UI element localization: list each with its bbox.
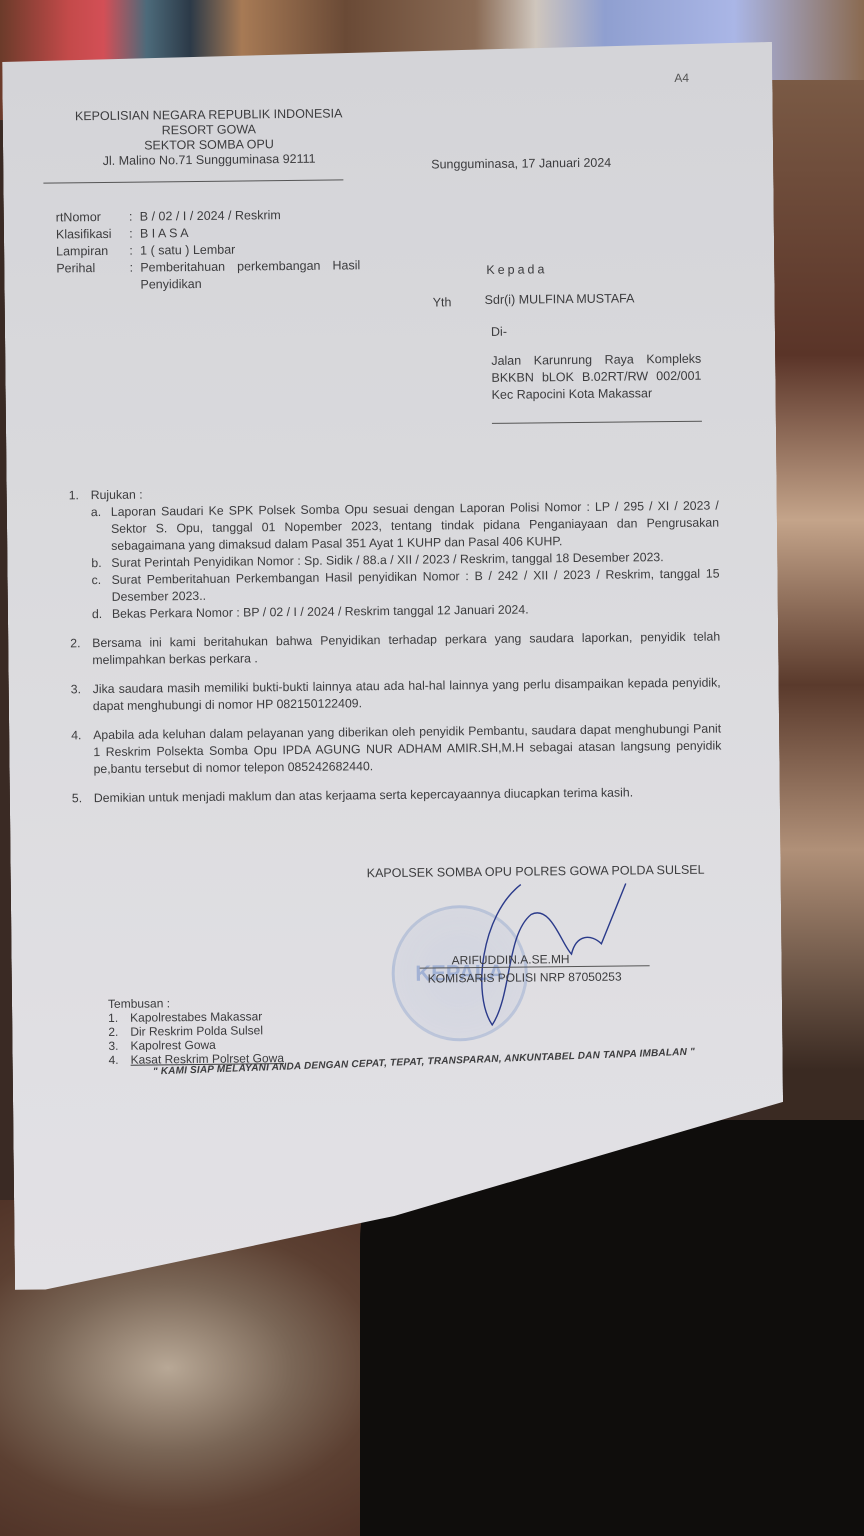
tembusan-item: 2. Dir Reskrim Polda Sulsel bbox=[108, 1023, 284, 1039]
tembusan-number: 4. bbox=[109, 1053, 131, 1067]
letterhead-divider bbox=[43, 179, 343, 183]
background-scene-right bbox=[770, 80, 864, 1180]
paper-size-mark: A4 bbox=[674, 71, 689, 85]
sub-item-text: Bekas Perkara Nomor : BP / 02 / I / 2024… bbox=[112, 602, 529, 623]
sub-item-c: c. Surat Pemberitahuan Perkembangan Hasi… bbox=[91, 566, 719, 607]
body-item-4: 4. Apabila ada keluhan dalam pelayanan y… bbox=[71, 721, 721, 779]
sub-item-text: Surat Pemberitahuan Perkembangan Hasil p… bbox=[111, 566, 719, 606]
sub-item-letter: b. bbox=[91, 555, 111, 572]
sub-item-letter: d. bbox=[92, 606, 112, 623]
tembusan: Tembusan : 1. Kapolrestabes Makassar 2. … bbox=[108, 995, 284, 1067]
body-item-1: 1. Rujukan : a. Laporan Saudari Ke SPK P… bbox=[69, 481, 720, 624]
sub-item-text: Laporan Saudari Ke SPK Polsek Somba Opu … bbox=[111, 498, 720, 555]
meta-value: 1 ( satu ) Lembar bbox=[140, 240, 420, 260]
tembusan-number: 1. bbox=[108, 1011, 130, 1025]
letterhead-line: KEPOLISIAN NEGARA REPUBLIK INDONESIA bbox=[59, 106, 359, 124]
body-item-2: 2. Bersama ini kami beritahukan bahwa Pe… bbox=[70, 629, 720, 670]
meta-colon: : bbox=[122, 209, 140, 226]
meta-label: Lampiran bbox=[56, 243, 122, 261]
meta-colon: : bbox=[122, 243, 140, 260]
meta-label: rtNomor bbox=[56, 209, 122, 227]
item-number: 1. bbox=[69, 487, 92, 623]
item-text: Jika saudara masih memiliki bukti-bukti … bbox=[93, 675, 721, 716]
recipient-di: Di- bbox=[491, 325, 507, 339]
letter-body: 1. Rujukan : a. Laporan Saudari Ke SPK P… bbox=[69, 481, 722, 820]
signatory-rank: KOMISARIS POLISI NRP 87050253 bbox=[428, 970, 622, 986]
tembusan-text: Kapolrestabes Makassar bbox=[130, 1009, 262, 1024]
recipient-yth: Yth bbox=[433, 295, 452, 309]
meta-colon: : bbox=[122, 260, 140, 294]
tembusan-text: Kapolrest Gowa bbox=[130, 1038, 216, 1053]
tembusan-text: Dir Reskrim Polda Sulsel bbox=[130, 1023, 263, 1038]
item-text: Bersama ini kami beritahukan bahwa Penyi… bbox=[92, 629, 720, 670]
item-text: Apabila ada keluhan dalam pelayanan yang… bbox=[93, 721, 721, 779]
sub-item-a: a. Laporan Saudari Ke SPK Polsek Somba O… bbox=[91, 498, 719, 556]
sub-item-letter: c. bbox=[91, 572, 111, 606]
signatory-title: KAPOLSEK SOMBA OPU POLRES GOWA POLDA SUL… bbox=[351, 863, 721, 881]
meta-row-perihal: Perihal : Pemberitahuan perkembangan Has… bbox=[56, 257, 420, 295]
letterhead-address: Jl. Malino No.71 Sungguminasa 92111 bbox=[59, 151, 359, 169]
item-number: 3. bbox=[71, 681, 93, 715]
signatory-name: ARIFUDDIN.A.SE.MH bbox=[451, 952, 569, 967]
meta-colon: : bbox=[122, 226, 140, 243]
item-text: Demikian untuk menjadi maklum dan atas k… bbox=[94, 784, 722, 808]
tembusan-number: 3. bbox=[108, 1039, 130, 1053]
recipient-name: Sdr(i) MULFINA MUSTAFA bbox=[485, 291, 635, 307]
meta-value: Pemberitahuan perkembangan Hasil Penyidi… bbox=[140, 257, 360, 293]
place-date: Sungguminasa, 17 Januari 2024 bbox=[431, 156, 611, 172]
letter-paper: A4 KEPOLISIAN NEGARA REPUBLIK INDONESIA … bbox=[2, 42, 785, 1300]
recipient-kepada: Kepada bbox=[486, 262, 547, 277]
meta-label: Klasifikasi bbox=[56, 226, 122, 244]
letter-meta: rtNomor : B / 02 / I / 2024 / Reskrim Kl… bbox=[56, 206, 421, 295]
meta-label: Perihal bbox=[56, 260, 122, 295]
recipient-address: Jalan Karunrung Raya Kompleks BKKBN bLOK… bbox=[491, 351, 702, 404]
item-number: 2. bbox=[70, 635, 92, 669]
letterhead: KEPOLISIAN NEGARA REPUBLIK INDONESIA RES… bbox=[59, 106, 360, 169]
sub-item-letter: a. bbox=[91, 504, 112, 555]
tembusan-number: 2. bbox=[108, 1025, 130, 1039]
body-item-5: 5. Demikian untuk menjadi maklum dan ata… bbox=[72, 784, 722, 808]
body-item-3: 3. Jika saudara masih memiliki bukti-buk… bbox=[71, 675, 721, 716]
item-number: 5. bbox=[72, 790, 94, 807]
address-underline bbox=[492, 421, 702, 424]
item-number: 4. bbox=[71, 727, 94, 778]
